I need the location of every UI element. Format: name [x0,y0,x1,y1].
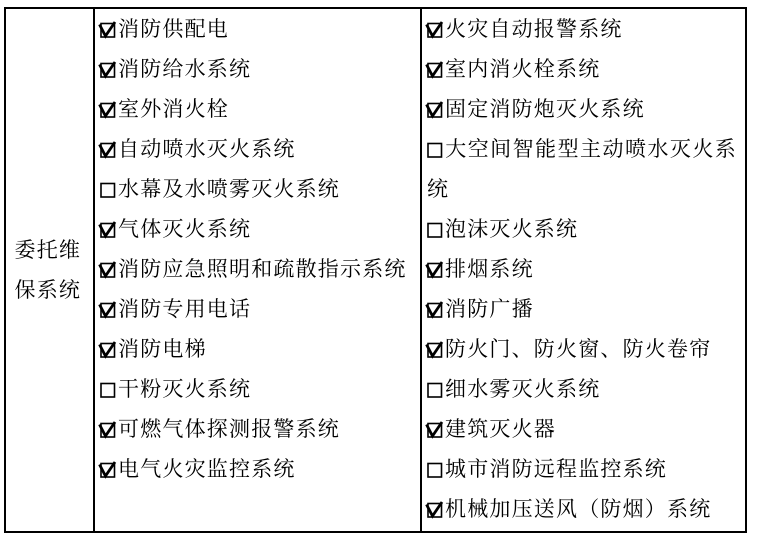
checklist-item-label: 消防供配电 [118,17,229,41]
systems-column-right: 火灾自动报警系统 室内消火栓系统 固定消防炮灭火系统 大空间智能型主动喷水灭火系… [422,9,745,531]
checklist-item-label: 消防电梯 [118,337,207,361]
systems-column-left: 消防供配电 消防给水系统 室外消火栓 自动喷水灭火系统 水幕及水喷雾灭火系统 气… [95,9,422,531]
checklist-item-label: 可燃气体探测报警系统 [118,417,340,441]
checked-checkbox-icon[interactable] [100,141,117,158]
unchecked-checkbox-icon[interactable] [427,141,444,158]
checklist-item: 消防给水系统 [100,49,412,89]
checklist-item-label: 消防给水系统 [118,57,251,81]
checklist-item-label: 泡沫灭火系统 [445,217,578,241]
unchecked-checkbox-icon[interactable] [100,181,117,198]
checklist-item: 消防应急照明和疏散指示系统 [100,249,412,289]
checklist-item-label: 防火门、防火窗、防火卷帘 [445,337,711,361]
unchecked-checkbox-icon[interactable] [427,381,444,398]
checklist-item-label: 机械加压送风（防烟）系统 [445,497,711,521]
checklist-item-label: 自动喷水灭火系统 [118,137,296,161]
row-header-label: 委托维保系统 [15,230,85,310]
checked-checkbox-icon[interactable] [100,61,117,78]
checklist-item: 水幕及水喷雾灭火系统 [100,169,412,209]
checklist-item: 火灾自动报警系统 [427,9,737,49]
checked-checkbox-icon[interactable] [427,421,444,438]
checked-checkbox-icon[interactable] [427,101,444,118]
checked-checkbox-icon[interactable] [427,301,444,318]
unchecked-checkbox-icon[interactable] [100,381,117,398]
checked-checkbox-icon[interactable] [100,461,117,478]
checklist-item: 可燃气体探测报警系统 [100,409,412,449]
checklist-item-label: 干粉灭火系统 [118,377,251,401]
checklist-item-label: 固定消防炮灭火系统 [445,97,645,121]
checklist-item-label: 消防专用电话 [118,297,251,321]
maintenance-systems-table: 委托维保系统 消防供配电 消防给水系统 室外消火栓 自动喷水灭火系统 水幕及水喷… [4,7,747,533]
checked-checkbox-icon[interactable] [100,101,117,118]
row-header-cell: 委托维保系统 [6,9,95,531]
checked-checkbox-icon[interactable] [100,341,117,358]
checklist-item: 消防专用电话 [100,289,412,329]
checked-checkbox-icon[interactable] [427,501,444,518]
checked-checkbox-icon[interactable] [427,61,444,78]
document-page: 委托维保系统 消防供配电 消防给水系统 室外消火栓 自动喷水灭火系统 水幕及水喷… [0,0,758,541]
checklist-item: 气体灭火系统 [100,209,412,249]
checklist-item-label: 城市消防远程监控系统 [445,457,667,481]
checklist-item: 固定消防炮灭火系统 [427,89,737,129]
checklist-item-label: 气体灭火系统 [118,217,251,241]
checklist-item: 大空间智能型主动喷水灭火系统 [427,129,737,209]
checklist-item-label: 火灾自动报警系统 [445,17,623,41]
checklist-item: 排烟系统 [427,249,737,289]
checklist-item-label: 消防应急照明和疏散指示系统 [118,257,407,281]
checklist-item-label: 电气火灾监控系统 [118,457,296,481]
checklist-item: 细水雾灭火系统 [427,369,737,409]
checked-checkbox-icon[interactable] [427,341,444,358]
checked-checkbox-icon[interactable] [427,21,444,38]
checklist-item: 泡沫灭火系统 [427,209,737,249]
checked-checkbox-icon[interactable] [100,221,117,238]
checked-checkbox-icon[interactable] [427,261,444,278]
checklist-item-label: 室外消火栓 [118,97,229,121]
checklist-item-label: 水幕及水喷雾灭火系统 [118,177,340,201]
checklist-item: 室内消火栓系统 [427,49,737,89]
unchecked-checkbox-icon[interactable] [427,221,444,238]
checklist-item-label: 大空间智能型主动喷水灭火系统 [427,137,737,201]
checklist-item: 消防广播 [427,289,737,329]
checklist-item: 消防供配电 [100,9,412,49]
checklist-item-label: 排烟系统 [445,257,534,281]
checklist-item: 机械加压送风（防烟）系统 [427,489,737,529]
checklist-item: 防火门、防火窗、防火卷帘 [427,329,737,369]
checklist-item: 消防电梯 [100,329,412,369]
checklist-item-label: 消防广播 [445,297,534,321]
checklist-item-label: 细水雾灭火系统 [445,377,600,401]
checklist-item: 室外消火栓 [100,89,412,129]
checklist-item: 干粉灭火系统 [100,369,412,409]
checklist-item: 城市消防远程监控系统 [427,449,737,489]
checked-checkbox-icon[interactable] [100,421,117,438]
checklist-item-label: 室内消火栓系统 [445,57,600,81]
checklist-item: 自动喷水灭火系统 [100,129,412,169]
checklist-item: 电气火灾监控系统 [100,449,412,489]
checked-checkbox-icon[interactable] [100,21,117,38]
checklist-item-label: 建筑灭火器 [445,417,556,441]
checklist-item: 建筑灭火器 [427,409,737,449]
unchecked-checkbox-icon[interactable] [427,461,444,478]
checked-checkbox-icon[interactable] [100,261,117,278]
checked-checkbox-icon[interactable] [100,301,117,318]
